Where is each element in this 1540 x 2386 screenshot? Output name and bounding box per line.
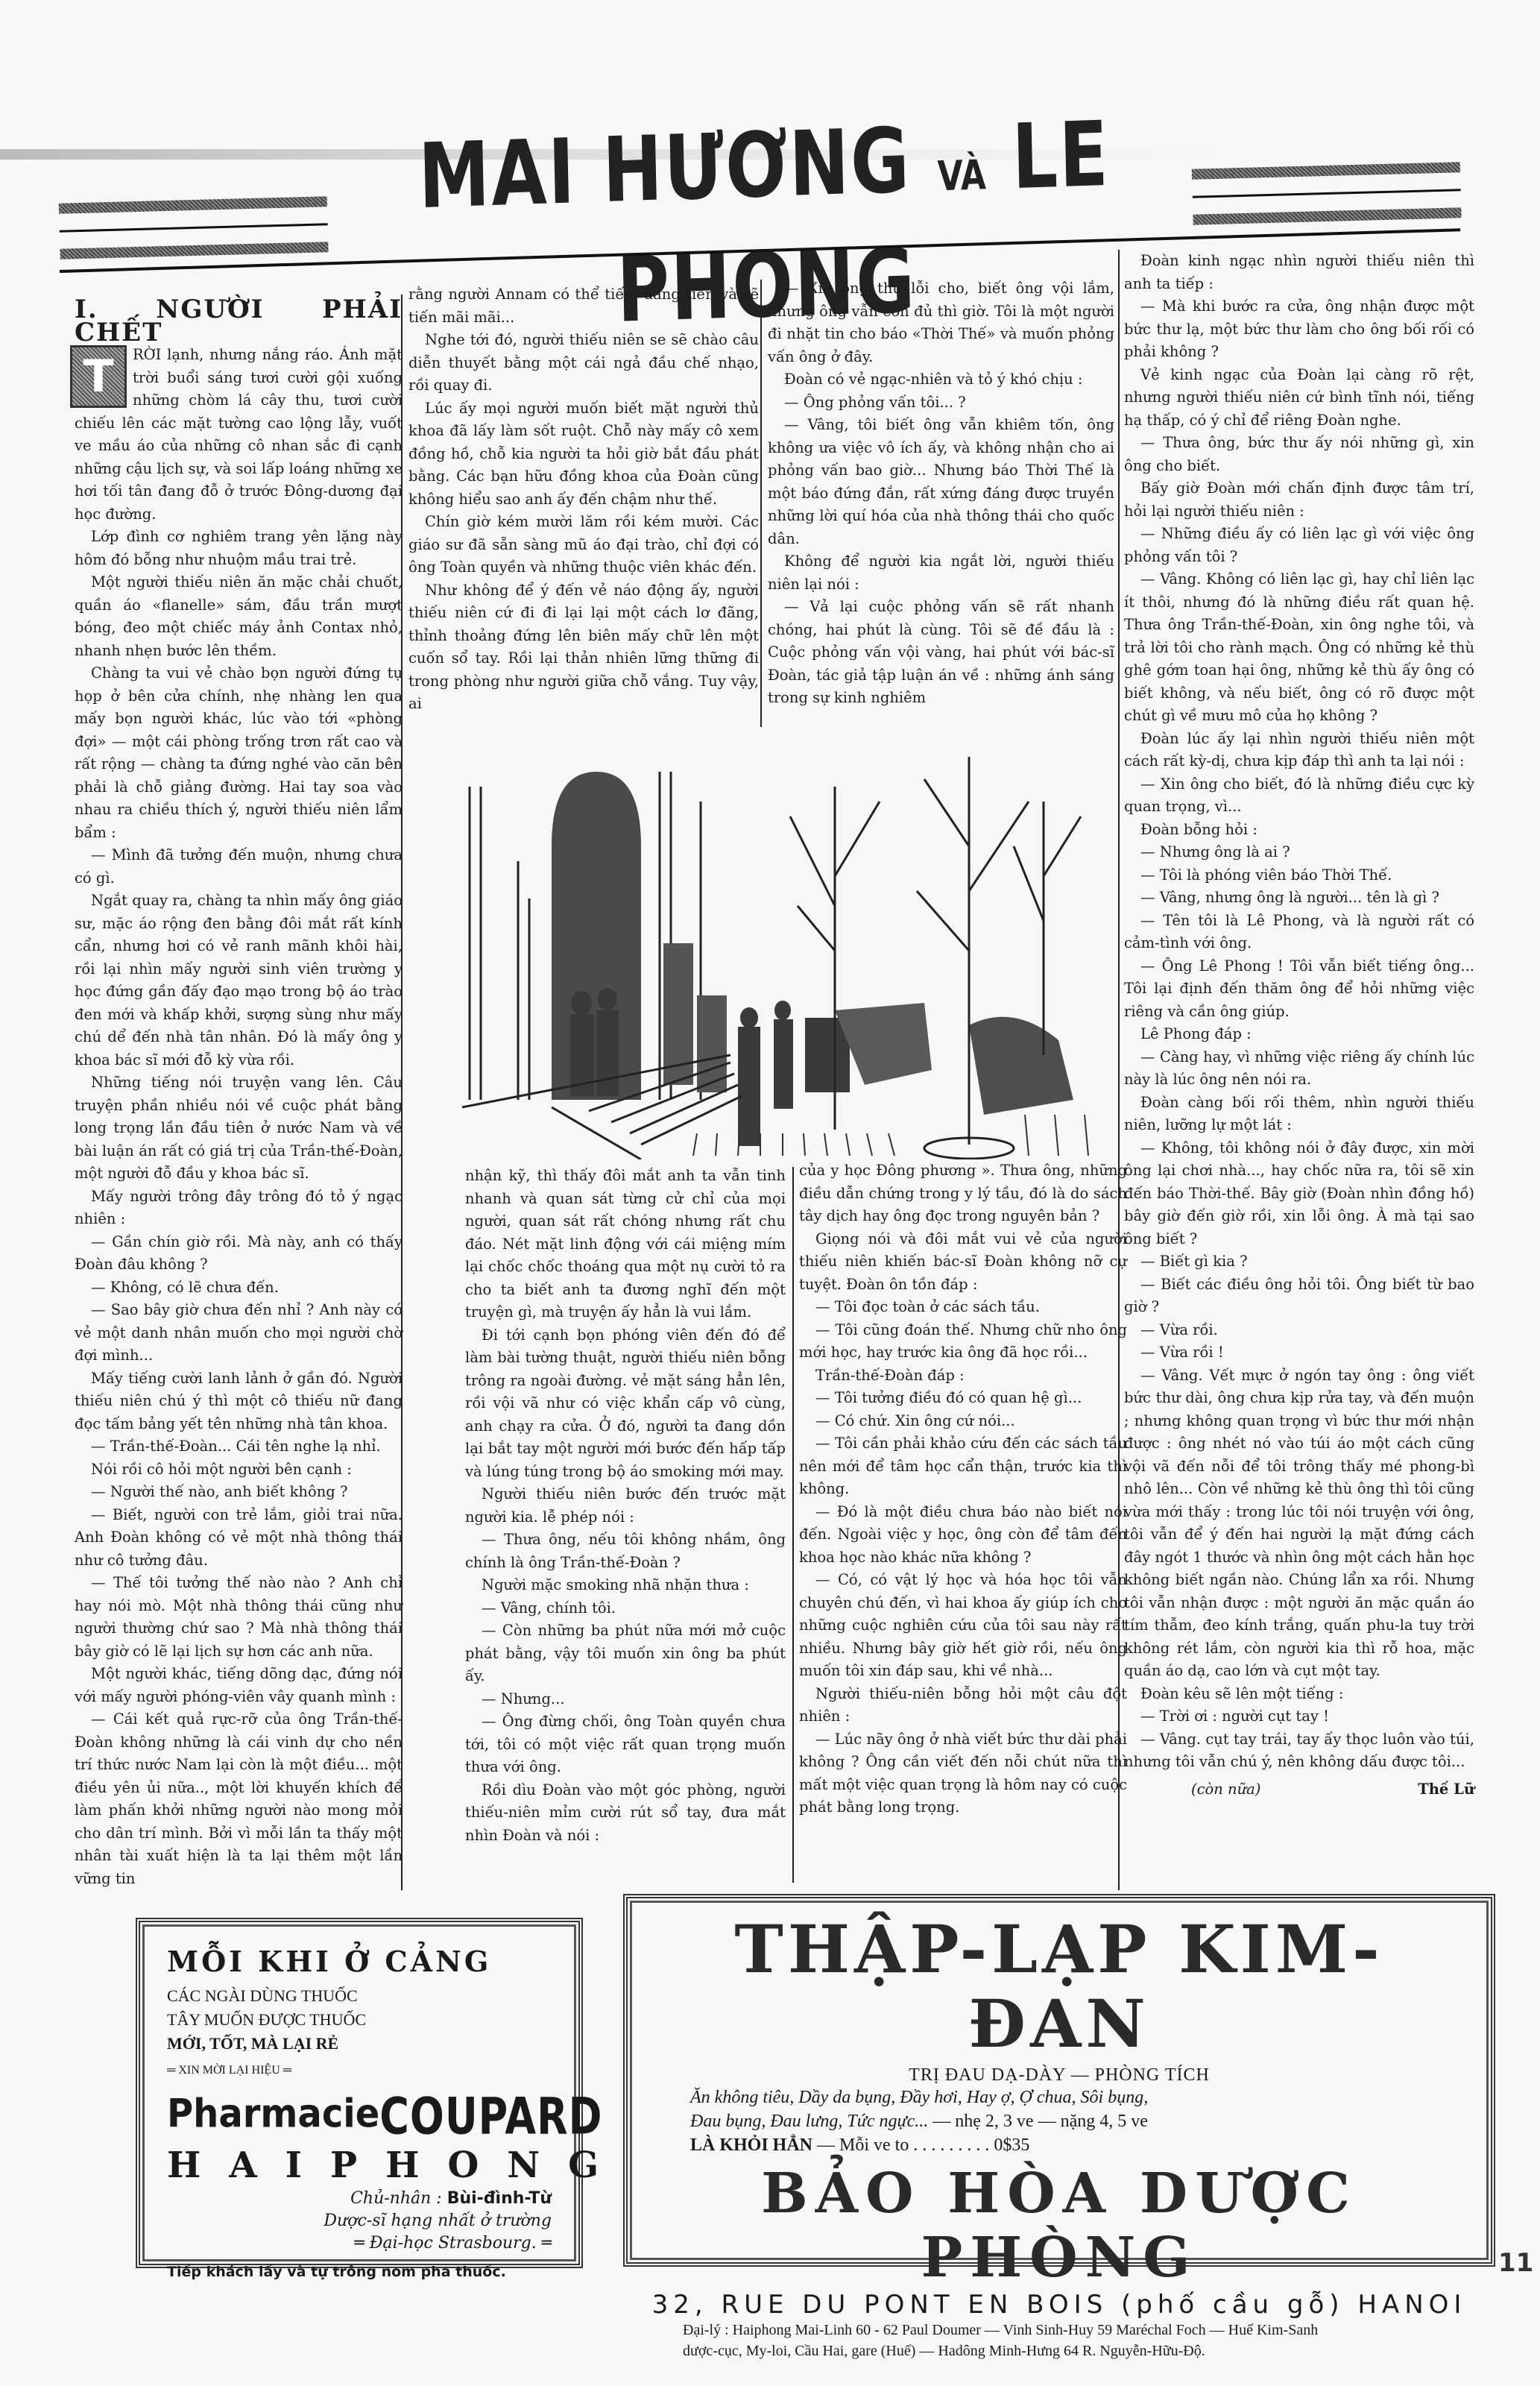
paragraph: Chín giờ kém mười lăm rồi kém mười. Các … bbox=[408, 511, 759, 579]
paragraph: Chàng ta vui vẻ chào bọn người đứng tụ h… bbox=[75, 662, 403, 844]
title-part-2: VÀ bbox=[937, 151, 986, 201]
agents-line: dược-cục, My-loi, Cầu Hai, gare (Huế) — … bbox=[683, 2341, 1473, 2361]
to-be-continued: (còn nữa) bbox=[1191, 1778, 1260, 1801]
dialogue-line: — Vâng. Vết mực ở ngón tay ông : ông viế… bbox=[1124, 1364, 1474, 1683]
dialogue-line: — Thưa ông, nếu tôi không nhầm, ông chín… bbox=[465, 1529, 786, 1574]
dialogue-line: — Đó là một điều chưa báo nào biết nói đ… bbox=[799, 1501, 1127, 1570]
owner-name: Bùi-đình-Từ bbox=[447, 2189, 552, 2208]
dialogue-line: — Gần chín giờ rồi. Mà này, anh có thấy … bbox=[75, 1231, 403, 1277]
advertisement-thap-lap-kim-dan: THẬP-LẠP KIM-ĐAN TRỊ ĐAU DẠ-DÀY — PHÒNG … bbox=[623, 1894, 1495, 2267]
article-column-2-bottom: nhận kỹ, thì thấy đôi mắt anh ta vẫn tin… bbox=[465, 1165, 786, 1847]
dialogue-line: — Ông phỏng vấn tôi... ? bbox=[768, 391, 1114, 415]
paragraph: Giọng nói và đôi mắt vui vẻ của người th… bbox=[799, 1228, 1127, 1297]
dialogue-line: — Vâng, tôi biết ông vẫn khiêm tốn, ông … bbox=[768, 414, 1114, 550]
dialogue-line: — Xin ông cho biết, đó là những điều cực… bbox=[1124, 773, 1474, 819]
paragraph: Bấy giờ Đoàn mới chấn định được tâm trí,… bbox=[1124, 477, 1474, 523]
article-column-3-top: — Xin ông thứ lỗi cho, biết ông vội lắm,… bbox=[768, 277, 1114, 710]
owner-label: Chủ-nhân : bbox=[350, 2189, 442, 2208]
paragraph: Đoàn kêu sẽ lên một tiếng : bbox=[1124, 1683, 1474, 1706]
pharmacy-name-right: COUPARD bbox=[379, 2087, 602, 2146]
dialogue-line: — Tôi đọc toàn ở các sách tầu. bbox=[799, 1296, 1127, 1319]
dialogue-line: — Ông đừng chối, ông Toàn quyền chưa tới… bbox=[465, 1710, 786, 1779]
paragraph: Người thiếu-niên bỗng hỏi một câu đột nh… bbox=[799, 1683, 1127, 1728]
dialogue-line: — Nhưng... bbox=[465, 1688, 786, 1711]
dialogue-line: — Những điều ấy có liên lạc gì với việc … bbox=[1124, 523, 1474, 568]
ad-line: CÁC NGÀI DÙNG THUỐC bbox=[167, 1984, 391, 2008]
dialogue-line: — Tôi cũng đoán thế. Nhưng chữ nho ông m… bbox=[799, 1319, 1127, 1364]
paragraph: Đi tới cạnh bọn phóng viên đến đó để làm… bbox=[465, 1324, 786, 1484]
paragraph: Lúc ấy mọi người muốn biết mặt người thủ… bbox=[408, 397, 759, 511]
paragraph: Người thiếu niên bước đến trước mặt ngườ… bbox=[465, 1483, 786, 1529]
dialogue-line: — Không, có lẽ chưa đến. bbox=[75, 1277, 403, 1300]
ad-brand: BẢO HÒA DƯỢC PHÒNG bbox=[646, 2162, 1473, 2290]
pharmacy-name-left: Pharmacie bbox=[167, 2091, 379, 2142]
dialogue-line: — Vừa rồi. bbox=[1124, 1319, 1474, 1342]
agents-line: Đại-lý : Haiphong Mai-Linh 60 - 62 Paul … bbox=[683, 2320, 1473, 2341]
ad-line: MỚI, TỐT, MÀ LẠI RẺ bbox=[167, 2032, 391, 2056]
ad-subtitle: TRỊ ĐAU DẠ-DÀY — PHÒNG TÍCH bbox=[646, 2065, 1473, 2086]
author-name: Thế Lữ bbox=[1418, 1778, 1474, 1801]
dialogue-line: — Lúc nãy ông ở nhà viết bức thư dài phả… bbox=[799, 1728, 1127, 1819]
price: 0$35 bbox=[994, 2135, 1029, 2155]
dialogue-line: — Có chứ. Xin ông cứ nói... bbox=[799, 1410, 1127, 1433]
ad-footer: Tiếp khách lấy và tự trông nom pha thuốc… bbox=[167, 2264, 552, 2280]
article-column-3-bottom: của y học Đông phương ». Thưa ông, những… bbox=[799, 1159, 1127, 1819]
dialogue-line: — Vâng, nhưng ông là người... tên là gì … bbox=[1124, 887, 1474, 910]
article-column-2-top: rằng người Annam có thể tiến, đang tiến … bbox=[408, 283, 759, 716]
pharmacy-name: Pharmacie COUPARD bbox=[167, 2093, 552, 2140]
dialogue-line: — Trần-thế-Đoàn... Cái tên nghe lạ nhỉ. bbox=[75, 1435, 403, 1458]
paragraph: Một người thiếu niên ăn mặc chải chuốt, … bbox=[75, 571, 403, 662]
dialogue-line: — Thế tôi tưởng thế nào nào ? Anh chỉ ha… bbox=[75, 1572, 403, 1663]
dialogue-line: — Vâng. Không có liên lạc gì, hay chỉ li… bbox=[1124, 568, 1474, 728]
ad-symptoms: Ăn không tiêu, Dầy da bụng, Đầy hơi, Hay… bbox=[690, 2086, 1473, 2157]
dialogue-line: — Vâng, chính tôi. bbox=[465, 1597, 786, 1620]
dialogue-line: — Vừa rồi ! bbox=[1124, 1341, 1474, 1364]
paragraph: Đoàn lúc ấy lại nhìn người thiếu niên mộ… bbox=[1124, 728, 1474, 773]
advertisement-pharmacie-coupard: MỖI KHI Ở CẢNG CÁC NGÀI DÙNG THUỐC TÂY M… bbox=[136, 1918, 583, 2268]
dialogue-line: — Biết gì kia ? bbox=[1124, 1250, 1474, 1274]
article-column-1: I. NGƯỜI PHẢI CHẾT T RỜI lạnh, nhưng nắn… bbox=[75, 298, 403, 1890]
ad-headline: THẬP-LẠP KIM-ĐAN bbox=[646, 1912, 1473, 2061]
paragraph: Người mặc smoking nhã nhặn thưa : bbox=[465, 1574, 786, 1597]
dialogue-line: — Còn những ba phút nữa mới mở cuộc phát… bbox=[465, 1619, 786, 1688]
ad-body: CÁC NGÀI DÙNG THUỐC TÂY MUỐN ĐƯỢC THUỐC … bbox=[167, 1984, 391, 2083]
paragraph: Trần-thế-Đoàn đáp : bbox=[799, 1364, 1127, 1388]
chapter-heading: I. NGƯỜI PHẢI CHẾT bbox=[75, 298, 403, 344]
paragraph: Những tiếng nói truyện vang lên. Câu tru… bbox=[75, 1071, 403, 1186]
column-divider bbox=[401, 295, 403, 1890]
column-divider bbox=[792, 1167, 794, 1883]
dialogue-line: — Có, có vật lý học và hóa học tôi vẫn c… bbox=[799, 1569, 1127, 1683]
paragraph: Vẻ kinh ngạc của Đoàn lại càng rõ rệt, n… bbox=[1124, 364, 1474, 432]
paragraph: của y học Đông phương ». Thưa ông, những… bbox=[799, 1159, 1127, 1228]
paragraph: Một người khác, tiếng dõng dạc, đứng nói… bbox=[75, 1663, 403, 1708]
paragraph: Đoàn kinh ngạc nhìn người thiếu niên thì… bbox=[1124, 250, 1474, 295]
paragraph: Mấy tiếng cười lanh lảnh ở gần đó. Người… bbox=[75, 1367, 403, 1436]
paragraph: Đoàn càng bối rối thêm, nhìn người thiếu… bbox=[1124, 1092, 1474, 1137]
illustration-drawing bbox=[447, 757, 1118, 1159]
ad-headline: MỖI KHI Ở CẢNG bbox=[167, 1945, 552, 1978]
dialogue-line: — Người thế nào, anh biết không ? bbox=[75, 1481, 403, 1504]
page-number: 11 bbox=[1498, 2248, 1533, 2278]
owner-credential: ═ Đại-học Strasbourg. ═ bbox=[167, 2232, 552, 2255]
dialogue-line: — Tôi tưởng điều đó có quan hệ gì... bbox=[799, 1387, 1127, 1410]
dialogue-line: — Không, tôi không nói ở đây được, xin m… bbox=[1124, 1137, 1474, 1251]
symptoms-line: Ăn không tiêu, Dầy da bụng, Đầy hơi, Hay… bbox=[690, 2086, 1473, 2109]
ad-invite: ═ XIN MỜI LẠI HIỆU ═ bbox=[167, 2059, 391, 2083]
dialogue-line: — Trời ơi : người cụt tay ! bbox=[1124, 1705, 1474, 1728]
paragraph: Ngắt quay ra, chàng ta nhìn mấy ông giáo… bbox=[75, 890, 403, 1071]
paragraph: Đoàn có vẻ ngạc-nhiên và tỏ ý khó chịu : bbox=[768, 368, 1114, 391]
symptoms-line: Đau bụng, Đau lưng, Tức ngực... bbox=[690, 2112, 928, 2131]
pharmacy-city: HAIPHONG bbox=[167, 2144, 552, 2186]
paragraph: rằng người Annam có thể tiến, đang tiến … bbox=[408, 283, 759, 329]
dialogue-line: — Mình đã tưởng đến muộn, nhưng chưa có … bbox=[75, 844, 403, 890]
paragraph: Lê Phong đáp : bbox=[1124, 1023, 1474, 1046]
dialogue-line: — Biết, người con trẻ lắm, giỏi trai nữa… bbox=[75, 1504, 403, 1573]
dialogue-line: — Thưa ông, bức thư ấy nói những gì, xin… bbox=[1124, 432, 1474, 477]
dialogue-line: — Tôi cần phải khảo cứu đến các sách tầu… bbox=[799, 1432, 1127, 1501]
dialogue-line: — Cái kết quả rực-rỡ của ông Trần-thế-Đo… bbox=[75, 1708, 403, 1890]
price-label: — Mỗi ve to . . . . . . . . . bbox=[817, 2135, 989, 2155]
paragraph: Lớp đình cơ nghiêm trang yên lặng này hô… bbox=[75, 526, 403, 571]
dialogue-line: — Xin ông thứ lỗi cho, biết ông vội lắm,… bbox=[768, 277, 1114, 368]
paragraph: Không để người kia ngắt lời, người thiếu… bbox=[768, 550, 1114, 596]
paragraph: Đoàn bỗng hỏi : bbox=[1124, 819, 1474, 842]
dropcap-ornament: T bbox=[70, 345, 127, 408]
title-part-1: MAI HƯƠNG bbox=[417, 108, 912, 229]
owner-credential: Dược-sĩ hạng nhất ở trường bbox=[167, 2210, 552, 2232]
paragraph: Rồi dìu Đoàn vào một góc phòng, người th… bbox=[465, 1779, 786, 1848]
column-divider bbox=[760, 280, 762, 727]
dosage: — nhẹ 2, 3 ve — nặng 4, 5 ve bbox=[932, 2112, 1148, 2131]
dialogue-line: — Vả lại cuộc phỏng vấn sẽ rất nhanh chó… bbox=[768, 596, 1114, 710]
paragraph: Nghe tới đó, người thiếu niên se sẽ chào… bbox=[408, 329, 759, 397]
ad-agents: Đại-lý : Haiphong Mai-Linh 60 - 62 Paul … bbox=[683, 2320, 1473, 2361]
dialogue-line: — Tên tôi là Lê Phong, và là người rất c… bbox=[1124, 910, 1474, 955]
dialogue-line: — Càng hay, vì những việc riêng ấy chính… bbox=[1124, 1046, 1474, 1092]
dialogue-line: — Ông Lê Phong ! Tôi vẫn biết tiếng ông.… bbox=[1124, 955, 1474, 1024]
story-signature: (còn nữa) Thế Lữ bbox=[1124, 1778, 1474, 1801]
paragraph: Như không để ý đến vẻ náo động ấy, người… bbox=[408, 579, 759, 716]
dialogue-line: — Sao bây giờ chưa đến nhỉ ? Anh này có … bbox=[75, 1299, 403, 1367]
pharmacy-owner: Chủ-nhân : Bùi-đình-Từ Dược-sĩ hạng nhất… bbox=[167, 2188, 552, 2255]
paragraph: Mấy người trông đây trông đó tỏ ý ngạc n… bbox=[75, 1186, 403, 1231]
dialogue-line: — Mà khi bước ra cửa, ông nhận được một … bbox=[1124, 295, 1474, 364]
story-illustration bbox=[447, 757, 1118, 1159]
ad-line: TÂY MUỐN ĐƯỢC THUỐC bbox=[167, 2008, 391, 2032]
dialogue-line: — Biết các điều ông hỏi tôi. Ông biết từ… bbox=[1124, 1274, 1474, 1319]
dialogue-line: — Nhưng ông là ai ? bbox=[1124, 841, 1474, 864]
paragraph: Nói rồi cô hỏi một người bên cạnh : bbox=[75, 1458, 403, 1482]
article-column-4: Đoàn kinh ngạc nhìn người thiếu niên thì… bbox=[1124, 250, 1474, 1801]
dialogue-line: — Vâng. cụt tay trái, tay ấy thọc luôn v… bbox=[1124, 1728, 1474, 1774]
cure-claim: LÀ KHỎI HẲN bbox=[690, 2135, 812, 2155]
paragraph: nhận kỹ, thì thấy đôi mắt anh ta vẫn tin… bbox=[465, 1165, 786, 1324]
ad-address: 32, RUE DU PONT EN BOIS (phố cầu gỗ) HAN… bbox=[646, 2290, 1473, 2320]
dialogue-line: — Tôi là phóng viên báo Thời Thế. bbox=[1124, 864, 1474, 887]
